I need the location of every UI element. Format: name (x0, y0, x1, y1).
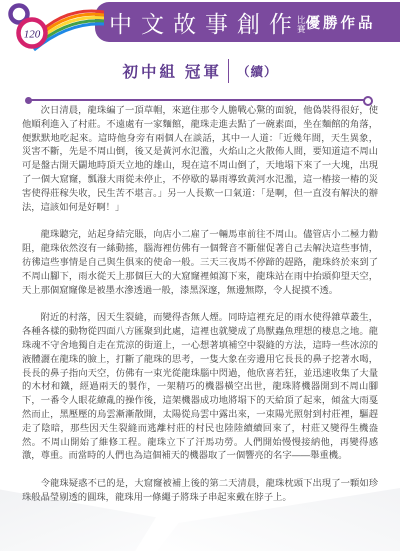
banner-title: 中文故事創作 (109, 6, 301, 39)
section-continued-label: （續） (237, 62, 278, 80)
section-title-text: 初中組 冠軍 (123, 60, 222, 82)
section-title: 初中組 冠軍 （續） (0, 58, 400, 84)
page-number-logo: 120 (4, 2, 104, 54)
story-paragraph: 次日清晨，龍珠編了一頂草帽，來遮住那令人膽戰心驚的面貌，他偽裝得很好，使他順利進… (22, 104, 378, 214)
section-divider (228, 59, 229, 83)
story-paragraph: 令龍珠疑惑不已的是，大窟窿被補上後的第二天清晨，龍珠枕頭下出現了一顆如珍珠般晶瑩… (22, 477, 378, 505)
banner-title-small-bottom: 賽 (297, 25, 306, 35)
story-paragraph: 龍珠聽完，站起身結完賬，向店小二雇了一輛馬車前往不周山。儘管店小二極力勸阻，龍珠… (22, 228, 378, 297)
banner-subtitle: 優勝作品 (306, 12, 376, 33)
page-header: 中文故事創作 比 賽 優勝作品 120 (0, 0, 400, 58)
story-body: 次日清晨，龍珠編了一頂草帽，來遮住那令人膽戰心驚的面貌，他偽裝得很好，使他順利進… (22, 104, 378, 519)
banner-title-small: 比 賽 (297, 16, 306, 35)
page-number: 120 (24, 29, 41, 41)
rule-line (28, 99, 368, 101)
header-banner: 中文故事創作 比 賽 優勝作品 (95, 2, 400, 42)
story-paragraph: 附近的村落，因天生裂縫，而變得杳無人煙。同時這裡充足的雨水使得雜草叢生，各種各樣… (22, 311, 378, 463)
